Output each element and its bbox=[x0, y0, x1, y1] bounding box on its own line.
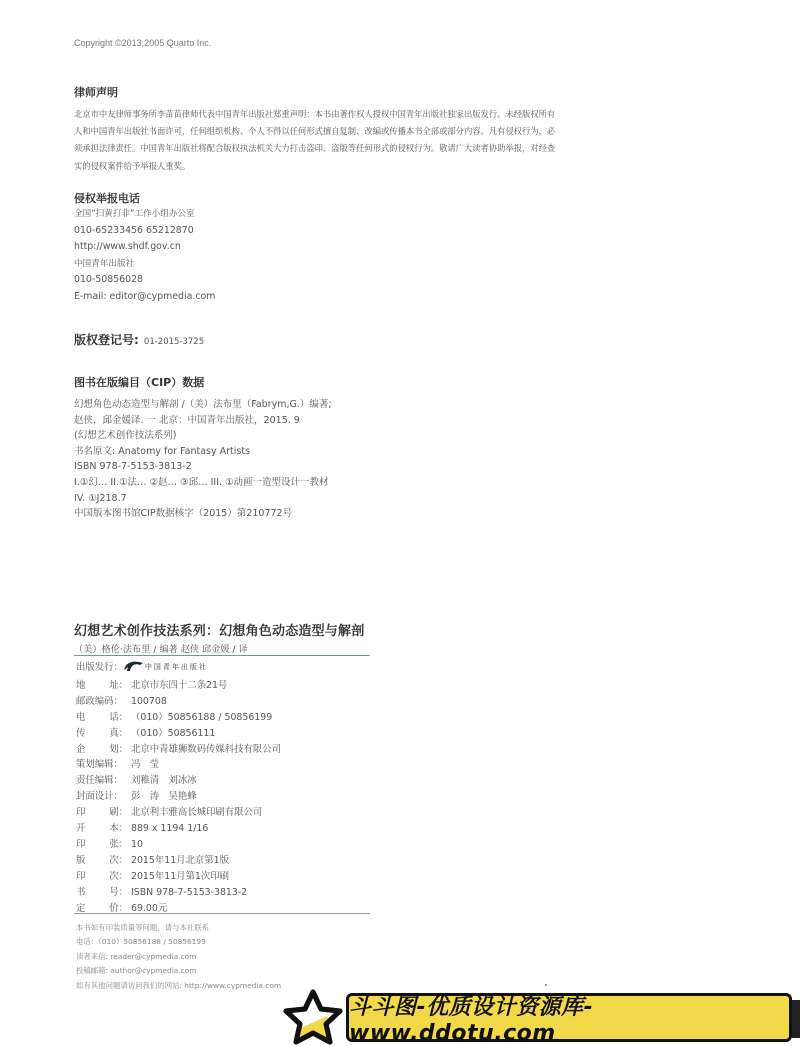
sheets-value: 10 bbox=[131, 837, 143, 853]
cip-title: 图书在版编目（CIP）数据 bbox=[74, 374, 204, 390]
statement-line: 北京市中友律师事务所李苗苗律师代表中国青年出版社郑重声明：本书由著作权人授权中国… bbox=[74, 106, 630, 123]
watermark-text: 斗斗图-优质设计资源库-www.ddotu.com bbox=[349, 990, 789, 1046]
colophon-row: 责任编辑： 刘稚清 刘冰冰 bbox=[76, 773, 281, 789]
colophon-row-publisher: 出版发行： 中国青年出版社 bbox=[76, 660, 281, 678]
format-value: 889 x 1194 1/16 bbox=[131, 821, 208, 837]
cip-line: 幻想角色动态造型与解剖 /（美）法布里（Fabrym,G.）编著; bbox=[74, 397, 332, 413]
publisher-logo-icon bbox=[123, 660, 145, 678]
postcode-value: 100708 bbox=[131, 694, 167, 710]
statement-line: 实的侵权案件给予举报人重奖。 bbox=[74, 158, 630, 175]
planning-value: 北京中青雄狮数码传媒科技有限公司 bbox=[131, 742, 281, 758]
edition-value: 2015年11月北京第1版 bbox=[131, 853, 229, 869]
footer-note: 电话：（010）50856188 / 50856199 bbox=[76, 935, 281, 949]
hotline-office: 全国“扫黄打非”工作小组办公室 bbox=[74, 206, 215, 223]
colophon-row: 印张： 10 bbox=[76, 837, 281, 853]
publisher-name: 中国青年出版社 bbox=[74, 256, 215, 273]
colophon: 出版发行： 中国青年出版社 地址： 北京市东四十二条21号 邮政编码： 1007… bbox=[76, 660, 281, 917]
lawyer-statement-title: 律师声明 bbox=[74, 84, 118, 100]
cip-line: IV. ①J218.7 bbox=[74, 491, 332, 507]
colophon-row: 定价： 69.00元 bbox=[76, 901, 281, 917]
hotline-phone: 010-65233456 65212870 bbox=[74, 223, 215, 240]
colophon-row: 印刷： 北京利丰雅高长城印刷有限公司 bbox=[76, 805, 281, 821]
address-value: 北京市东四十二条21号 bbox=[131, 678, 227, 694]
colophon-row: 开本： 889 x 1194 1/16 bbox=[76, 821, 281, 837]
footer-note: 如有其他问题请访问我们的网站: http://www.cypmedia.com bbox=[76, 979, 281, 993]
book-title: 幻想艺术创作技法系列：幻想角色动态造型与解剖 bbox=[74, 620, 364, 639]
speck bbox=[545, 984, 547, 986]
report-hotline-title: 侵权举报电话 bbox=[74, 190, 140, 206]
footer-note: 本书如有印装质量等问题，请与本社联系 bbox=[76, 921, 281, 935]
colophon-row: 版次： 2015年11月北京第1版 bbox=[76, 853, 281, 869]
colophon-row: 电话： （010）50856188 / 50856199 bbox=[76, 710, 281, 726]
registration-value: 01-2015-3725 bbox=[144, 337, 204, 347]
publisher-logo-text: 中国青年出版社 bbox=[145, 660, 208, 678]
printing-value: 2015年11月第1次印刷 bbox=[131, 869, 229, 885]
colophon-row: 地址： 北京市东四十二条21号 bbox=[76, 678, 281, 694]
statement-line: 人和中国青年出版社书面许可，任何组织机构、个人不得以任何形式擅自复制、改编或传播… bbox=[74, 123, 630, 140]
colophon-row: 策划编辑： 冯 莹 bbox=[76, 757, 281, 773]
colophon-row: 书号： ISBN 978-7-5153-3813-2 bbox=[76, 885, 281, 901]
cip-line: 赵侠，邱金媛译. 一 北京：中国青年出版社，2015. 9 bbox=[74, 413, 332, 429]
footer-note: 投稿邮箱: author@cypmedia.com bbox=[76, 964, 281, 978]
copyright-notice: Copyright ©2013,2005 Quarto Inc. bbox=[74, 38, 211, 48]
colophon-row: 传真： （010）50856111 bbox=[76, 726, 281, 742]
statement-line: 须承担法律责任。中国青年出版社将配合版权执法机关大力打击盗印、盗版等任何形式的侵… bbox=[74, 140, 630, 157]
printer-value: 北京利丰雅高长城印刷有限公司 bbox=[131, 805, 262, 821]
divider bbox=[74, 655, 370, 656]
publisher-email: E-mail: editor@cypmedia.com bbox=[74, 289, 215, 306]
divider bbox=[74, 913, 370, 914]
isbn-value: ISBN 978-7-5153-3813-2 bbox=[131, 885, 247, 901]
hotline-url: http://www.shdf.gov.cn bbox=[74, 239, 215, 256]
lawyer-statement-body: 北京市中友律师事务所李苗苗律师代表中国青年出版社郑重声明：本书由著作权人授权中国… bbox=[74, 106, 630, 175]
phone-value: （010）50856188 / 50856199 bbox=[131, 710, 272, 726]
footer-notes: 本书如有印装质量等问题，请与本社联系 电话：（010）50856188 / 50… bbox=[76, 921, 281, 993]
cover-design-value: 彭 涛 吴艳蜂 bbox=[131, 789, 197, 805]
colophon-row: 印次： 2015年11月第1次印刷 bbox=[76, 869, 281, 885]
colophon-row: 封面设计： 彭 涛 吴艳蜂 bbox=[76, 789, 281, 805]
fax-value: （010）50856111 bbox=[131, 726, 215, 742]
banner-shadow bbox=[792, 1000, 800, 1038]
colophon-row: 企划： 北京中青雄狮数码传媒科技有限公司 bbox=[76, 742, 281, 758]
price-value: 69.00元 bbox=[131, 901, 167, 917]
watermark-banner[interactable]: 斗斗图-优质设计资源库-www.ddotu.com bbox=[346, 993, 792, 1042]
cip-line: I.①幻… II.①法… ②赵… ③邱… III. ①动画一造型设计一教材 bbox=[74, 475, 332, 491]
planning-editor-value: 冯 莹 bbox=[131, 757, 159, 773]
publisher-phone: 010-50856028 bbox=[74, 272, 215, 289]
book-credits: （美）格伦·法布里 / 编著 赵侠 邱金媛 / 译 bbox=[74, 641, 248, 655]
publisher-label: 出版发行： bbox=[76, 660, 123, 678]
footer-note: 读者来信: reader@cypmedia.com bbox=[76, 950, 281, 964]
cip-line: (幻想艺术创作技法系列) bbox=[74, 428, 332, 444]
star-icon bbox=[280, 988, 346, 1046]
cip-line: 书名原文: Anatomy for Fantasy Artists bbox=[74, 444, 332, 460]
registration-label: 版权登记号: bbox=[74, 333, 139, 347]
report-hotline-body: 全国“扫黄打非”工作小组办公室 010-65233456 65212870 ht… bbox=[74, 206, 215, 305]
registration-number: 版权登记号: 01-2015-3725 bbox=[74, 329, 204, 348]
colophon-row: 邮政编码： 100708 bbox=[76, 694, 281, 710]
cip-body: 幻想角色动态造型与解剖 /（美）法布里（Fabrym,G.）编著; 赵侠，邱金媛… bbox=[74, 397, 332, 522]
cip-line: ISBN 978-7-5153-3813-2 bbox=[74, 459, 332, 475]
cip-line: 中国版本图书馆CIP数据核字（2015）第210772号 bbox=[74, 506, 332, 522]
responsible-editor-value: 刘稚清 刘冰冰 bbox=[131, 773, 197, 789]
